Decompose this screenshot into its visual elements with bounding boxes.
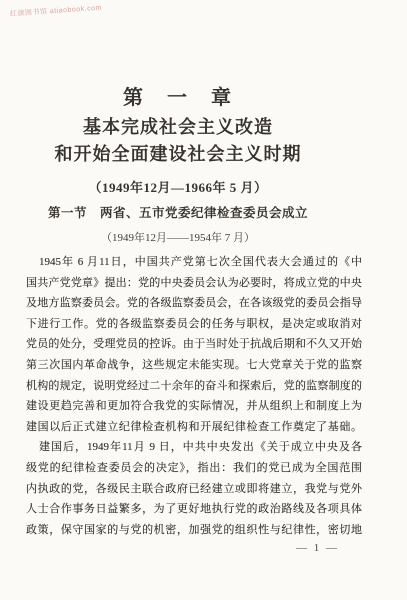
library-watermark: 红旗图书馆 atiaobook.com: [10, 3, 102, 19]
chapter-number-heading: 第 一 章: [0, 81, 356, 110]
body-paragraph-line: 党员的处分，受理党员的控诉。由于当时处于抗战后期和不久又开始: [26, 334, 362, 355]
body-paragraph-line: 政策，保守国家的与党的机密，加强党的组织性与纪律性，密切地: [26, 520, 362, 541]
body-paragraph-line: 建国后，1949年11月 9 日，中共中央发出《关于成立中央及各: [26, 437, 362, 458]
body-paragraph-line: 人士合作事务日益繁多，为了更好地执行党的政治路线及各项具体: [26, 499, 362, 520]
scanned-book-page: 红旗图书馆 atiaobook.com 第 一 章 基本完成社会主义改造 和开始…: [0, 0, 407, 600]
section-date-range: （1949年12月——1954年 7 月）: [0, 229, 356, 245]
body-paragraph-line: 内执政的党，各级民主联合政府已经建立或即将建立，我党与党外: [26, 479, 362, 500]
body-paragraph-line: 机构的规定，说明党经过二十余年的奋斗和探索后，党的监察制度的: [26, 376, 362, 397]
body-paragraph-line: 及地方监察委员会。党的各级监察委员会，在各该级党的委员会指导: [26, 293, 362, 314]
body-text-block: 1945年 6 月11日，中国共产党第七次全国代表大会通过的《中 国共产党党章》…: [26, 252, 362, 540]
page-number: — 1 —: [296, 542, 339, 554]
body-paragraph-line: 下进行工作。党的各级监察委员会的任务与职权，是决定或取消对: [26, 314, 362, 335]
section-heading: 第一节 两省、五市党委纪律检查委员会成立: [0, 203, 356, 221]
body-paragraph-line: 建设更趋完善和更加符合我党的实际情况，并从组织上和制度上为: [26, 396, 362, 417]
chapter-title-line-2: 和开始全面建设社会主义时期: [0, 140, 356, 166]
body-paragraph-line: 级党的纪律检查委员会的决定》，指出：我们的党已成为全国范围: [26, 458, 362, 479]
body-paragraph-line: 建国以后正式建立纪律检查机构和开展纪律检查工作奠定了基础。: [26, 417, 362, 438]
body-paragraph-line: 国共产党党章》提出：党的中央委员会认为必要时，将成立党的中央: [26, 273, 362, 294]
body-paragraph-line: 1945年 6 月11日，中国共产党第七次全国代表大会通过的《中: [26, 252, 362, 273]
chapter-date-range: （1949年12月—1966年 5 月）: [0, 177, 356, 196]
chapter-title-line-1: 基本完成社会主义改造: [0, 113, 356, 139]
body-paragraph-line: 第三次国内革命战争，这些规定未能实现。七大党章关于党的监察: [26, 355, 362, 376]
